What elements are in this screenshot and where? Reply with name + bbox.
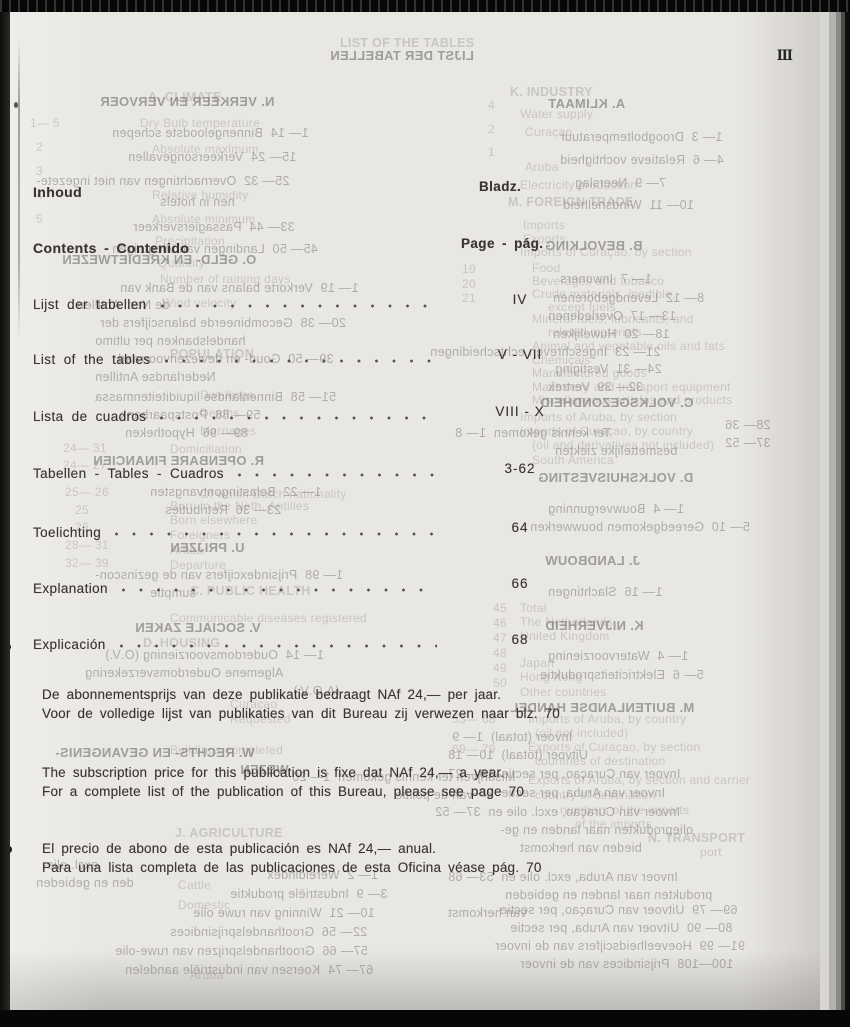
toc-entry-label: Lijst der tabellen <box>33 297 147 312</box>
toc-entry-page: 66 <box>445 576 595 591</box>
note-line: De abonnementsprijs van deze publikatie … <box>42 686 560 705</box>
scanned-page-photo: LIJST DER TABELLENN. VERKEER EN VERVOER1… <box>0 0 850 1027</box>
toc-entry-label: Tabellen - Tables - Cuadros <box>33 466 224 481</box>
dot-leader <box>115 532 437 536</box>
printed-content: Inhoud Bladz. Contents - Contenido Page … <box>0 0 850 1027</box>
toc-entry-page: 68 <box>445 632 595 647</box>
subscription-note: De abonnementsprijs van deze publikatie … <box>42 686 560 723</box>
dot-leader <box>165 359 437 363</box>
note-line: Voor de volledige lijst van publikaties … <box>42 705 560 724</box>
page-stack-edge <box>820 12 829 1010</box>
toc-entry-label: List of the tables <box>33 352 151 367</box>
toc-entry: Tabellen - Tables - Cuadros3-62 <box>33 466 595 481</box>
toc-entry-label: Lista de cuadros <box>33 409 146 424</box>
toc-entry: Lijst der tabellenIV <box>33 297 595 312</box>
dot-leader <box>238 473 437 477</box>
subscription-note: The subscription price for this publicat… <box>42 764 524 801</box>
note-line: El precio de abono de esta publicación e… <box>42 840 542 859</box>
note-line: The subscription price for this publicat… <box>42 764 524 783</box>
dot-leader <box>120 644 437 648</box>
heading-contents-contenido: Contents - Contenido <box>33 240 189 256</box>
toc-entry: Explanation66 <box>33 581 595 596</box>
subscription-note: El precio de abono de esta publicación e… <box>42 840 542 877</box>
heading-page-pag: Page - pág. <box>461 236 543 251</box>
dot-leader <box>161 304 437 308</box>
toc-entry-page: 64 <box>445 520 595 535</box>
toc-entry: Explicación68 <box>33 637 595 652</box>
toc-entry: List of the tablesV - VII <box>33 352 595 367</box>
book-bottom-edge <box>0 1010 850 1027</box>
note-line: For a complete list of the publication o… <box>42 783 524 802</box>
heading-bladz: Bladz. <box>479 179 521 194</box>
book-right-edge <box>845 12 850 1010</box>
toc-entry-page: IV <box>445 292 595 307</box>
note-line: Para una lista completa de las publicaci… <box>42 859 542 878</box>
toc-entry: Lista de cuadrosVIII - X <box>33 409 595 424</box>
book-left-edge <box>0 12 10 1010</box>
toc-entry-page: VIII - X <box>445 404 595 419</box>
book-top-edge <box>0 0 850 12</box>
toc-entry: Toelichting64 <box>33 525 595 540</box>
dot-leader <box>122 588 437 592</box>
toc-entry-page: 3-62 <box>445 461 595 476</box>
scan-speck <box>14 102 18 108</box>
toc-entry-label: Explanation <box>33 581 108 596</box>
toc-entry-label: Toelichting <box>33 525 101 540</box>
toc-entry-page: V - VII <box>445 347 595 362</box>
dot-leader <box>160 416 437 420</box>
page-stack-edge <box>829 12 836 1010</box>
toc-entry-label: Explicación <box>33 637 106 652</box>
folio-page-number: III <box>777 48 792 64</box>
heading-inhoud: Inhoud <box>33 184 82 200</box>
page-crease-line <box>18 40 20 340</box>
